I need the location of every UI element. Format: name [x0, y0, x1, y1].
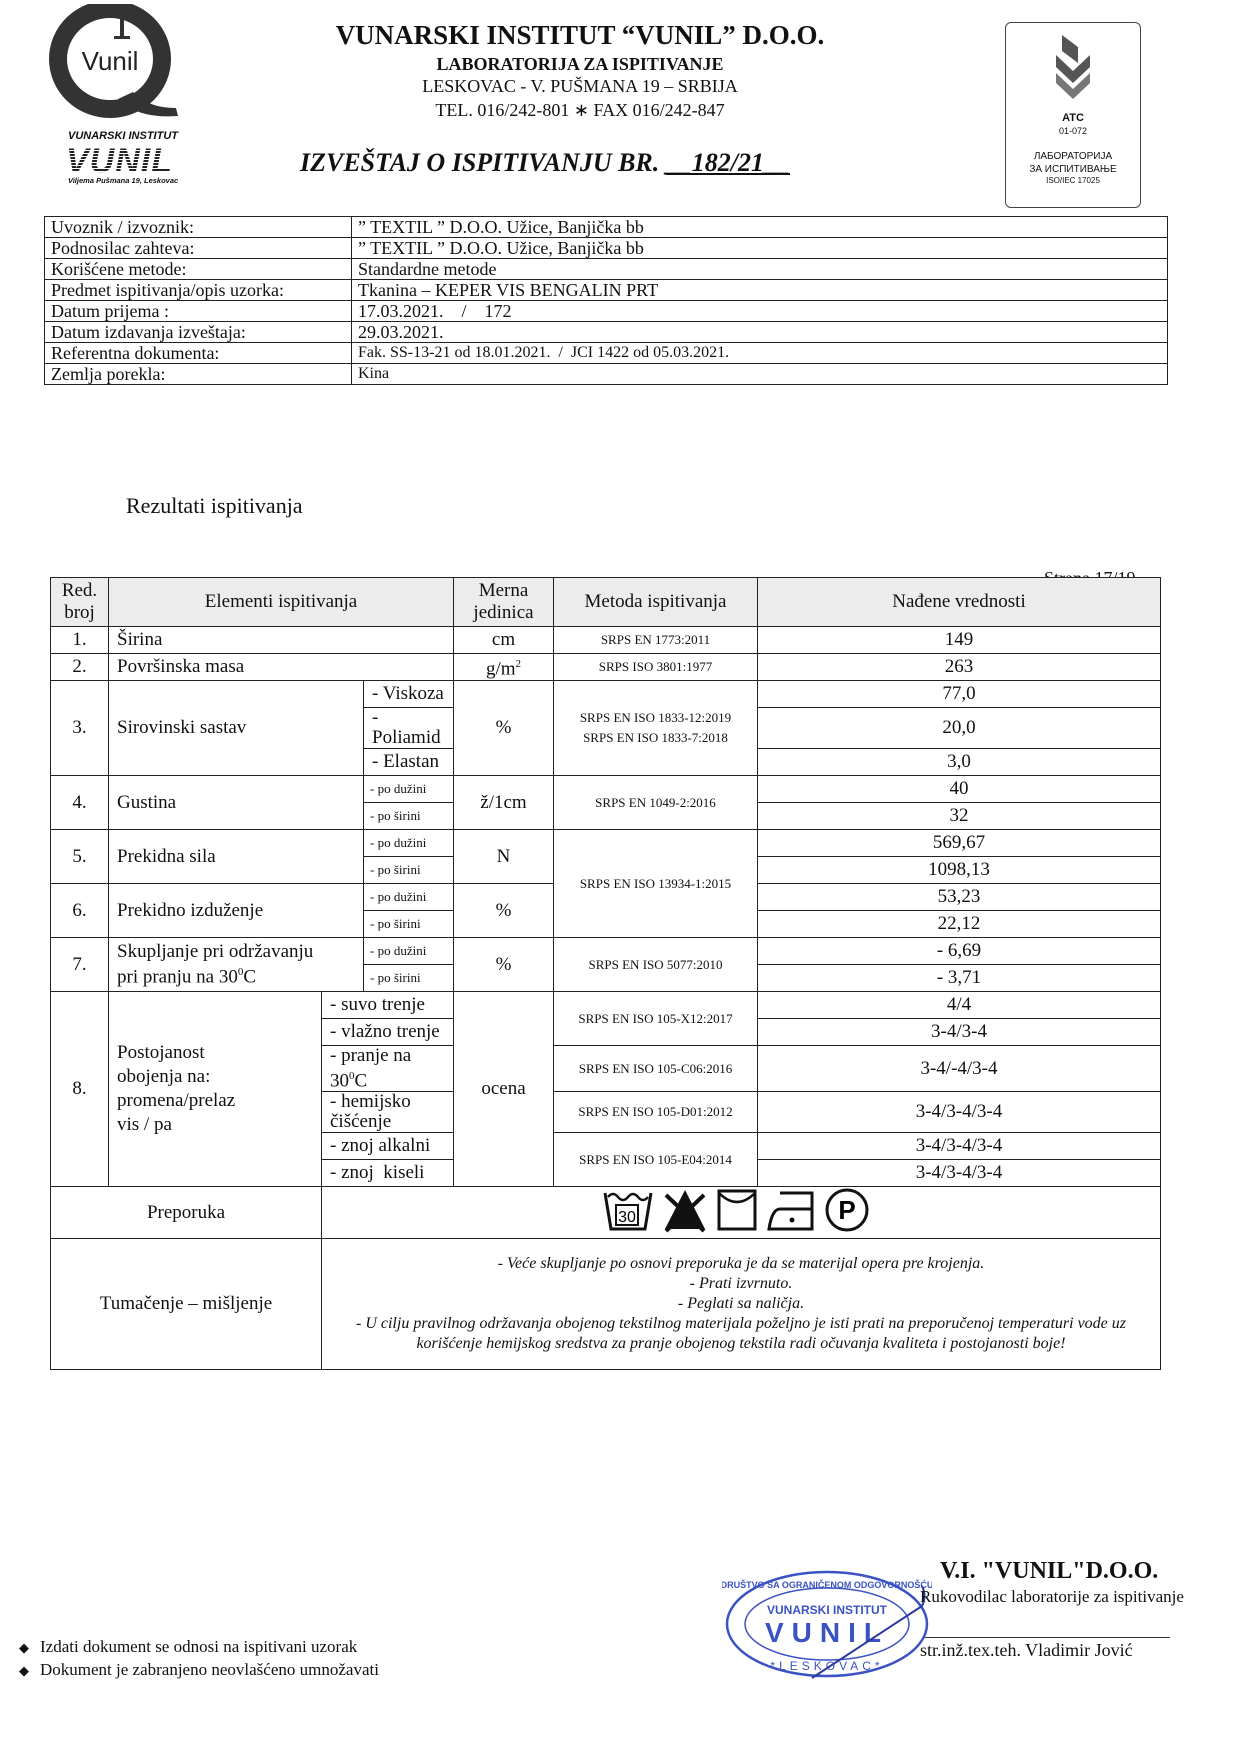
atc-code: 01-072 — [1006, 126, 1140, 136]
info-row: Referentna dokumenta:Fak. SS-13-21 od 18… — [45, 343, 1168, 364]
row-unit: g/m2 — [454, 654, 554, 681]
row-value: 3-4/3-4/3-4 — [758, 1092, 1161, 1133]
row-method: SRPS EN ISO 105-E04:2014 — [554, 1133, 758, 1187]
row-value: 53,23 — [758, 884, 1161, 911]
info-value: Standardne metode — [352, 259, 1168, 280]
row-method: SRPS EN 1773:2011 — [554, 627, 758, 654]
row-name: Površinska masa — [109, 654, 454, 681]
sub-label: - vlažno trenje — [322, 1019, 454, 1046]
row-value: 20,0 — [758, 708, 1161, 749]
row-value: 22,12 — [758, 911, 1161, 938]
row-value: - 6,69 — [758, 938, 1161, 965]
name-text: pri pranju na 30 — [117, 966, 238, 987]
row-name: Postojanost obojenja na: promena/prelaz … — [109, 992, 322, 1187]
info-row: Predmet ispitivanja/opis uzorka:Tkanina … — [45, 280, 1168, 301]
table-row: 3. Sirovinski sastav - Viskoza % SRPS EN… — [51, 681, 1161, 708]
unit-sup: 2 — [516, 658, 522, 670]
col-values: Nađene vrednosti — [758, 578, 1161, 627]
table-row: 7. Skupljanje pri održavanju pri pranju … — [51, 938, 1161, 965]
report-title: IZVEŠTAJ O ISPITIVANJU BR. __182/21__ — [300, 148, 790, 178]
row-name: Prekidno izduženje — [109, 884, 364, 938]
info-label: Referentna dokumenta: — [45, 343, 352, 364]
atc-logo-icon — [1048, 33, 1098, 103]
row-value: 3-4/3-4/3-4 — [758, 1133, 1161, 1160]
row-name: Prekidna sila — [109, 830, 364, 884]
signature-role: Rukovodilac laboratorije za ispitivanje — [920, 1587, 1184, 1607]
row-method: SRPS EN ISO 13934-1:2015 — [554, 830, 758, 938]
row-value: 32 — [758, 803, 1161, 830]
svg-text:Vunil: Vunil — [82, 46, 139, 76]
info-row: Datum izdavanja izveštaja:29.03.2021. — [45, 322, 1168, 343]
signature-name: str.inž.tex.teh. Vladimir Jović — [920, 1640, 1133, 1661]
name-line: obojenja na: — [117, 1065, 317, 1089]
footnote-item: ◆Izdati dokument se odnosi na ispitivani… — [8, 1636, 379, 1659]
sub-label: - po dužini — [364, 776, 454, 803]
col-elements: Elementi ispitivanja — [109, 578, 454, 627]
row-name: Skupljanje pri održavanju pri pranju na … — [109, 938, 364, 992]
phone-fax: TEL. 016/242-801 ∗ FAX 016/242-847 — [280, 100, 880, 121]
row-value: 77,0 — [758, 681, 1161, 708]
recommendation-row: Preporuka 30 — [51, 1187, 1161, 1239]
info-label: Predmet ispitivanja/opis uzorka: — [45, 280, 352, 301]
name-line: Postojanost — [117, 1041, 317, 1065]
row-value: 4/4 — [758, 992, 1161, 1019]
info-value: ” TEXTIL ” D.O.O. Užice, Banjička bb — [352, 217, 1168, 238]
sub-label: - po širini — [364, 803, 454, 830]
logo-address: Viljema Pušmana 19, Leskovac — [68, 176, 178, 185]
sub-tail: C — [355, 1070, 368, 1091]
row-value: 263 — [758, 654, 1161, 681]
atc-standard: ISO/IEC 17025 — [1006, 176, 1140, 185]
info-value: Tkanina – KEPER VIS BENGALIN PRT — [352, 280, 1168, 301]
table-row: 5. Prekidna sila - po dužini N SRPS EN I… — [51, 830, 1161, 857]
name-line: vis / pa — [117, 1113, 317, 1137]
row-name: Gustina — [109, 776, 364, 830]
sub-label: - suvo trenje — [322, 992, 454, 1019]
sub-label: - po širini — [364, 911, 454, 938]
accreditation-badge: ATC 01-072 ЛАБОРАТОРИЈА ЗА ИСПИТИВАЊЕ IS… — [1005, 22, 1141, 208]
col-method: Metoda ispitivanja — [554, 578, 758, 627]
row-no: 7. — [51, 938, 109, 992]
info-value: Kina — [352, 364, 1168, 385]
atc-label: ATC — [1006, 112, 1140, 124]
row-unit: N — [454, 830, 554, 884]
row-value: - 3,71 — [758, 965, 1161, 992]
row-value: 3-4/3-4 — [758, 1019, 1161, 1046]
row-name: Sirovinski sastav — [109, 681, 364, 776]
footnote-item: ◆Dokument je zabranjeno neovlašćeno umno… — [8, 1659, 379, 1682]
note-line: - Prati izvrnuto. — [330, 1274, 1152, 1294]
row-no: 4. — [51, 776, 109, 830]
dry-flat-icon — [716, 1187, 758, 1233]
table-header: Red. broj Elementi ispitivanja Merna jed… — [51, 578, 1161, 627]
row-unit: ž/1cm — [454, 776, 554, 830]
row-unit: % — [454, 938, 554, 992]
row-no: 6. — [51, 884, 109, 938]
vunil-q-logo: Vunil — [38, 4, 188, 124]
institute-name: VUNARSKI INSTITUT “VUNIL” D.O.O. — [280, 20, 880, 51]
signature-line — [925, 1637, 1170, 1638]
footnote-text: Izdati dokument se odnosi na ispitivani … — [40, 1637, 357, 1656]
row-method: SRPS EN ISO 1833-12:2019SRPS EN ISO 1833… — [554, 681, 758, 776]
row-value: 3,0 — [758, 749, 1161, 776]
sub-text: - pranje na 30 — [330, 1045, 411, 1091]
sub-label: - pranje na 300C — [322, 1046, 454, 1092]
table-row: 4. Gustina - po dužini ž/1cm SRPS EN 104… — [51, 776, 1161, 803]
info-value: 17.03.2021. / 172 — [352, 301, 1168, 322]
info-label: Uvoznik / izvoznik: — [45, 217, 352, 238]
official-stamp: DRUŠTVO SA OGRANIČENOM ODGOVORNOŠĆU VUNA… — [722, 1566, 932, 1682]
row-method: SRPS EN ISO 105-D01:2012 — [554, 1092, 758, 1133]
recommendation-label: Preporuka — [51, 1187, 322, 1239]
results-table: Red. broj Elementi ispitivanja Merna jed… — [50, 577, 1161, 1370]
info-value: 29.03.2021. — [352, 322, 1168, 343]
interpretation-notes: - Veće skupljanje po osnovi preporuka je… — [322, 1239, 1161, 1370]
info-label: Datum prijema : — [45, 301, 352, 322]
row-value: 569,67 — [758, 830, 1161, 857]
table-row: 2. Površinska masa g/m2 SRPS ISO 3801:19… — [51, 654, 1161, 681]
col-unit: Merna jedinica — [454, 578, 554, 627]
sub-label: - po dužini — [364, 884, 454, 911]
info-value: Fak. SS-13-21 od 18.01.2021. / JCI 1422 … — [352, 343, 1168, 364]
interpretation-row: Tumačenje – mišljenje - Veće skupljanje … — [51, 1239, 1161, 1370]
row-unit: cm — [454, 627, 554, 654]
row-method: SRPS EN ISO 105-C06:2016 — [554, 1046, 758, 1092]
sub-label: - znoj alkalni — [322, 1133, 454, 1160]
row-method: SRPS ISO 3801:1977 — [554, 654, 758, 681]
row-name-line2: pri pranju na 300C — [117, 962, 359, 987]
row-no: 1. — [51, 627, 109, 654]
wash-30-icon: 30 — [602, 1187, 654, 1233]
sample-info-table: Uvoznik / izvoznik:” TEXTIL ” D.O.O. Uži… — [44, 216, 1168, 385]
address: LESKOVAC - V. PUŠMANA 19 – SRBIJA — [280, 76, 880, 97]
row-unit: % — [454, 884, 554, 938]
row-method: SRPS EN ISO 105-X12:2017 — [554, 992, 758, 1046]
row-value: 3-4/-4/3-4 — [758, 1046, 1161, 1092]
report-label: IZVEŠTAJ O ISPITIVANJU BR. — [300, 148, 659, 177]
svg-text:P: P — [838, 1195, 855, 1225]
logo-caption: VUNARSKI INSTITUT — [68, 130, 178, 142]
interpretation-label: Tumačenje – mišljenje — [51, 1239, 322, 1370]
info-row: Datum prijema :17.03.2021. / 172 — [45, 301, 1168, 322]
method-line: SRPS EN ISO 1833-7:2018 — [558, 728, 753, 748]
sub-label: - po širini — [364, 965, 454, 992]
row-name: Širina — [109, 627, 454, 654]
row-name-line1: Skupljanje pri održavanju — [117, 942, 359, 962]
report-number: __182/21__ — [666, 148, 790, 177]
row-value: 1098,13 — [758, 857, 1161, 884]
info-label: Podnosilac zahteva: — [45, 238, 352, 259]
atc-lab-line1: ЛАБОРАТОРИЈА — [1006, 150, 1140, 163]
sub-label: - po širini — [364, 857, 454, 884]
note-line: - Veće skupljanje po osnovi preporuka je… — [330, 1254, 1152, 1274]
row-method: SRPS EN 1049-2:2016 — [554, 776, 758, 830]
atc-lab-line2: ЗА ИСПИТИВАЊЕ — [1006, 163, 1140, 176]
lab-name: LABORATORIJA ZA ISPITIVANJE — [280, 54, 880, 75]
sub-label: - Elastan — [364, 749, 454, 776]
method-line: SRPS EN ISO 1833-12:2019 — [558, 708, 753, 728]
svg-text:VUNARSKI INSTITUT: VUNARSKI INSTITUT — [767, 1603, 888, 1617]
sub-label: - hemijsko čišćenje — [322, 1092, 454, 1133]
sub-label: - Viskoza — [364, 681, 454, 708]
name-line: promena/prelaz — [117, 1089, 317, 1113]
sub-label: - po dužini — [364, 830, 454, 857]
signature-firm: V.I. "VUNIL"D.O.O. — [940, 1558, 1158, 1585]
row-no: 2. — [51, 654, 109, 681]
do-not-bleach-icon — [662, 1187, 708, 1233]
info-label: Datum izdavanja izveštaja: — [45, 322, 352, 343]
row-no: 3. — [51, 681, 109, 776]
info-value: ” TEXTIL ” D.O.O. Užice, Banjička bb — [352, 238, 1168, 259]
bullet-icon: ◆ — [8, 1637, 40, 1659]
info-row: Podnosilac zahteva:” TEXTIL ” D.O.O. Uži… — [45, 238, 1168, 259]
svg-text:30: 30 — [618, 1209, 636, 1226]
svg-text:VUNIL: VUNIL — [765, 1617, 889, 1648]
info-row: Uvoznik / izvoznik:” TEXTIL ” D.O.O. Uži… — [45, 217, 1168, 238]
row-value: 149 — [758, 627, 1161, 654]
footnotes: ◆Izdati dokument se odnosi na ispitivani… — [8, 1636, 379, 1682]
svg-text:*LESKOVAC*: *LESKOVAC* — [770, 1659, 883, 1673]
row-method: SRPS EN ISO 5077:2010 — [554, 938, 758, 992]
info-row: Korišćene metode:Standardne metode — [45, 259, 1168, 280]
bullet-icon: ◆ — [8, 1660, 40, 1682]
unit-text: g/m — [486, 659, 516, 680]
care-symbols: 30 P — [322, 1187, 1161, 1239]
row-no: 8. — [51, 992, 109, 1187]
info-label: Korišćene metode: — [45, 259, 352, 280]
dry-clean-p-icon: P — [824, 1187, 870, 1233]
col-no: Red. broj — [51, 578, 109, 627]
name-tail: C — [243, 966, 256, 987]
row-unit: % — [454, 681, 554, 776]
sub-label: - po dužini — [364, 938, 454, 965]
row-value: 3-4/3-4/3-4 — [758, 1160, 1161, 1187]
row-value: 40 — [758, 776, 1161, 803]
info-row: Zemlja porekla:Kina — [45, 364, 1168, 385]
table-row: 8. Postojanost obojenja na: promena/prel… — [51, 992, 1161, 1019]
results-heading: Rezultati ispitivanja — [126, 493, 303, 519]
info-label: Zemlja porekla: — [45, 364, 352, 385]
sub-label: - Poliamid — [364, 708, 454, 749]
note-line: - Peglati sa naličja. — [330, 1294, 1152, 1314]
footnote-text: Dokument je zabranjeno neovlašćeno umnož… — [40, 1660, 379, 1679]
row-unit: ocena — [454, 992, 554, 1187]
sub-label: - znoj kiseli — [322, 1160, 454, 1187]
svg-text:DRUŠTVO SA OGRANIČENOM ODGOVOR: DRUŠTVO SA OGRANIČENOM ODGOVORNOŠĆU — [722, 1579, 932, 1590]
table-row: 1. Širina cm SRPS EN 1773:2011 149 — [51, 627, 1161, 654]
row-no: 5. — [51, 830, 109, 884]
iron-low-icon — [766, 1187, 816, 1233]
note-line: - U cilju pravilnog održavanja obojenog … — [330, 1314, 1152, 1354]
